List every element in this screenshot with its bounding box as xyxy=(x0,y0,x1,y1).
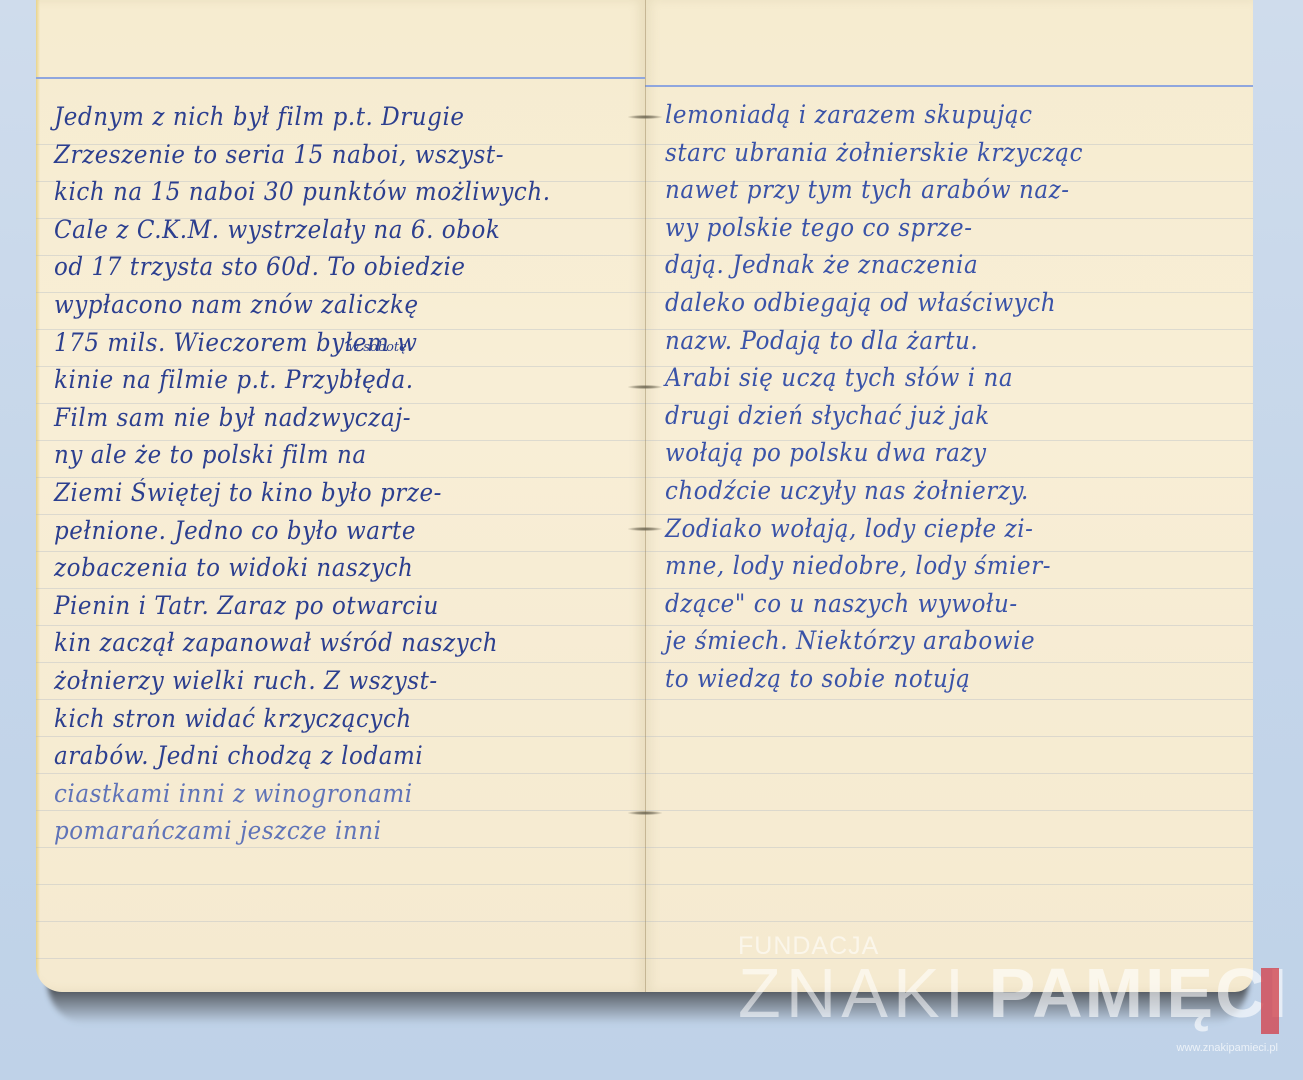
handwritten-line: wypłacono nam znów zaliczkę xyxy=(54,286,597,324)
right-page-text: lemoniadą i zarazem skupując starc ubran… xyxy=(665,96,1245,698)
handwritten-line: dzące" co u naszych wywołu- xyxy=(665,585,1199,623)
handwritten-line: pełnione. Jedno co było warte xyxy=(54,512,597,550)
watermark-url: www.znakipamieci.pl xyxy=(1177,1042,1278,1054)
handwritten-line: Pienin i Tatr. Zaraz po otwarciu xyxy=(54,587,597,625)
handwritten-line: od 17 trzysta sto 60d. To obiedzie xyxy=(54,248,597,286)
top-margin-rule xyxy=(36,77,645,79)
handwritten-line: kin zaczął zapanował wśród naszych xyxy=(54,624,597,662)
handwritten-line: chodźcie uczyły nas żołnierzy. xyxy=(665,472,1199,510)
handwritten-line: Film sam nie był nadzwyczaj- xyxy=(54,399,597,437)
handwritten-line: zobaczenia to widoki naszych xyxy=(54,549,597,587)
handwritten-line: żołnierzy wielki ruch. Z wszyst- xyxy=(54,662,597,700)
handwritten-line: je śmiech. Niektórzy arabowie xyxy=(665,622,1199,660)
handwritten-line: kich na 15 naboi 30 punktów możliwych. xyxy=(54,173,597,211)
handwritten-line: ciastkami inni z winogronami xyxy=(54,775,597,813)
handwritten-line: nawet przy tym tych arabów naz- xyxy=(665,171,1199,209)
handwritten-line: arabów. Jedni chodzą z lodami xyxy=(54,737,597,775)
handwritten-line: ny ale że to polski film na xyxy=(54,436,597,474)
staple-hole xyxy=(628,115,662,119)
handwritten-line: Arabi się uczą tych słów i na xyxy=(665,359,1199,397)
handwritten-line: dają. Jednak że znaczenia xyxy=(665,246,1199,284)
left-page-text: Jednym z nich był film p.t. Drugie Zrzes… xyxy=(54,98,644,850)
handwritten-line: Ziemi Świętej to kino było prze- xyxy=(54,474,597,512)
handwritten-line: 175 mils. Wieczorem byłem w xyxy=(54,324,597,362)
notebook-spine xyxy=(645,0,646,992)
watermark-accent-bar xyxy=(1261,968,1279,1034)
handwritten-line: wołają po polsku dwa razy xyxy=(665,434,1199,472)
handwritten-line: Zrzeszenie to seria 15 naboi, wszyst- xyxy=(54,136,597,174)
handwritten-line: starc ubrania żołnierskie krzycząc xyxy=(665,134,1199,172)
handwritten-line: daleko odbiegają od właściwych xyxy=(665,284,1199,322)
staple-hole xyxy=(628,527,662,531)
handwritten-line: Zodiako wołają, lody ciepłe zi- xyxy=(665,510,1199,548)
handwritten-line: pomarańczami jeszcze inni xyxy=(54,812,597,850)
handwritten-line: mne, lody niedobre, lody śmier- xyxy=(665,547,1199,585)
handwritten-line: wy polskie tego co sprze- xyxy=(665,209,1199,247)
staple-hole xyxy=(628,811,662,815)
handwritten-line: Jednym z nich był film p.t. Drugie xyxy=(54,98,597,136)
handwritten-line: drugi dzień słychać już jak xyxy=(665,397,1199,435)
handwritten-line: Cale z C.K.M. wystrzelały na 6. obok xyxy=(54,211,597,249)
right-page: lemoniadą i zarazem skupując starc ubran… xyxy=(645,0,1253,992)
top-margin-rule xyxy=(645,85,1253,87)
handwritten-line: kich stron widać krzyczących xyxy=(54,700,597,738)
staple-hole xyxy=(628,385,662,389)
handwritten-line: lemoniadą i zarazem skupując xyxy=(665,96,1199,134)
handwritten-line: nazw. Podają to dla żartu. xyxy=(665,322,1199,360)
left-page: w sobotę Jednym z nich był film p.t. Dru… xyxy=(36,0,645,992)
handwritten-line: kinie na filmie p.t. Przybłęda. xyxy=(54,361,597,399)
handwritten-line: to wiedzą to sobie notują xyxy=(665,660,1199,698)
